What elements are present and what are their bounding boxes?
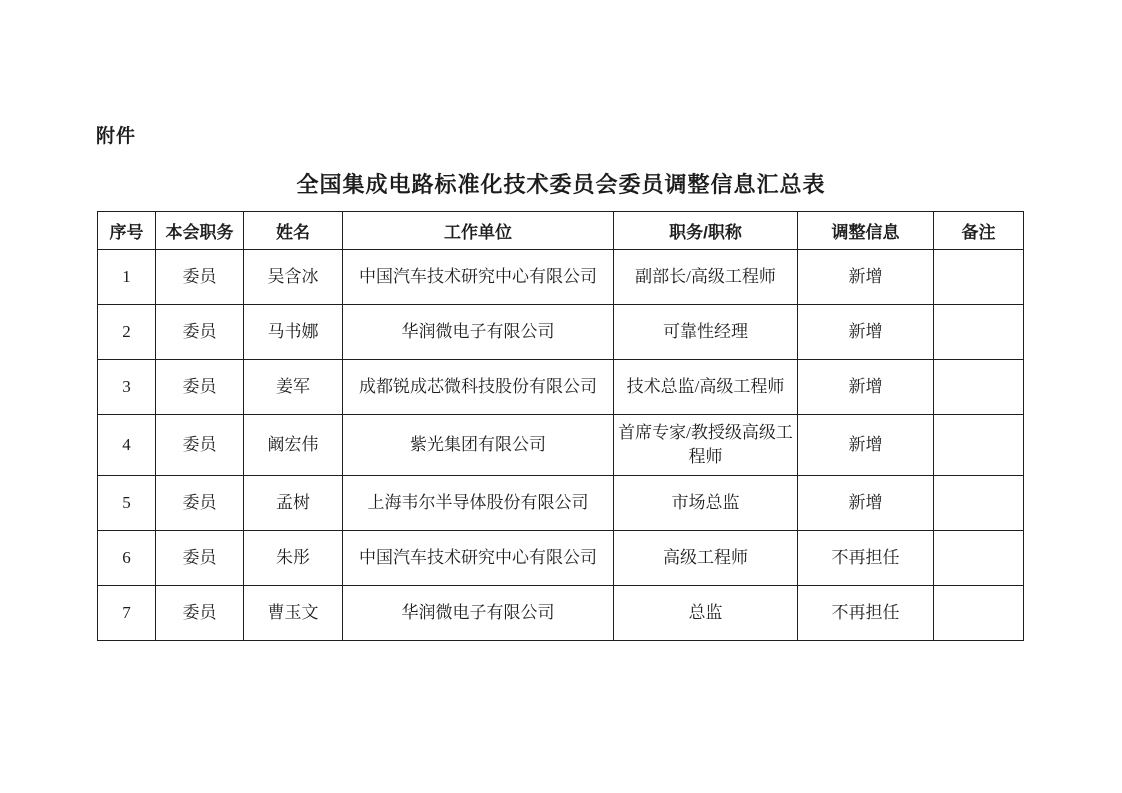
cell-remark [934,586,1024,641]
cell-no: 1 [98,250,156,305]
cell-org: 中国汽车技术研究中心有限公司 [343,250,614,305]
cell-adjustment: 不再担任 [798,586,934,641]
cell-name: 孟树 [244,476,343,531]
cell-remark [934,415,1024,476]
cell-role: 委员 [156,531,244,586]
column-header-org: 工作单位 [343,212,614,250]
cell-no: 2 [98,305,156,360]
cell-role: 委员 [156,586,244,641]
table-row: 4 委员 阚宏伟 紫光集团有限公司 首席专家/教授级高级工程师 新增 [98,415,1024,476]
cell-role: 委员 [156,415,244,476]
table-row: 7 委员 曹玉文 华润微电子有限公司 总监 不再担任 [98,586,1024,641]
cell-org: 成都锐成芯微科技股份有限公司 [343,360,614,415]
cell-role: 委员 [156,360,244,415]
column-header-no: 序号 [98,212,156,250]
column-header-title: 职务/职称 [614,212,798,250]
table-row: 1 委员 吴含冰 中国汽车技术研究中心有限公司 副部长/高级工程师 新增 [98,250,1024,305]
cell-adjustment: 不再担任 [798,531,934,586]
cell-name: 曹玉文 [244,586,343,641]
adjustment-table: 序号 本会职务 姓名 工作单位 职务/职称 调整信息 备注 1 委员 吴含冰 中… [97,211,1024,641]
cell-remark [934,531,1024,586]
cell-no: 4 [98,415,156,476]
cell-remark [934,305,1024,360]
cell-no: 3 [98,360,156,415]
cell-org: 华润微电子有限公司 [343,305,614,360]
cell-role: 委员 [156,476,244,531]
cell-remark [934,360,1024,415]
table-row: 5 委员 孟树 上海韦尔半导体股份有限公司 市场总监 新增 [98,476,1024,531]
cell-no: 6 [98,531,156,586]
cell-title: 可靠性经理 [614,305,798,360]
cell-remark [934,250,1024,305]
cell-name: 姜军 [244,360,343,415]
cell-org: 紫光集团有限公司 [343,415,614,476]
cell-name: 马书娜 [244,305,343,360]
table-header-row: 序号 本会职务 姓名 工作单位 职务/职称 调整信息 备注 [98,212,1024,250]
cell-adjustment: 新增 [798,476,934,531]
document-page: 附件 全国集成电路标准化技术委员会委员调整信息汇总表 序号 本会职务 姓名 工作… [0,0,1122,793]
cell-org: 上海韦尔半导体股份有限公司 [343,476,614,531]
cell-title: 副部长/高级工程师 [614,250,798,305]
document-title: 全国集成电路标准化技术委员会委员调整信息汇总表 [0,168,1122,199]
cell-adjustment: 新增 [798,360,934,415]
column-header-adjustment: 调整信息 [798,212,934,250]
cell-title: 市场总监 [614,476,798,531]
cell-name: 朱彤 [244,531,343,586]
cell-no: 5 [98,476,156,531]
cell-adjustment: 新增 [798,305,934,360]
column-header-name: 姓名 [244,212,343,250]
cell-org: 中国汽车技术研究中心有限公司 [343,531,614,586]
cell-no: 7 [98,586,156,641]
cell-name: 吴含冰 [244,250,343,305]
cell-title: 技术总监/高级工程师 [614,360,798,415]
cell-role: 委员 [156,305,244,360]
cell-title: 首席专家/教授级高级工程师 [614,415,798,476]
cell-adjustment: 新增 [798,415,934,476]
cell-title: 总监 [614,586,798,641]
cell-name: 阚宏伟 [244,415,343,476]
column-header-remark: 备注 [934,212,1024,250]
cell-adjustment: 新增 [798,250,934,305]
cell-remark [934,476,1024,531]
table-row: 3 委员 姜军 成都锐成芯微科技股份有限公司 技术总监/高级工程师 新增 [98,360,1024,415]
cell-org: 华润微电子有限公司 [343,586,614,641]
cell-title: 高级工程师 [614,531,798,586]
table-row: 6 委员 朱彤 中国汽车技术研究中心有限公司 高级工程师 不再担任 [98,531,1024,586]
column-header-role: 本会职务 [156,212,244,250]
cell-role: 委员 [156,250,244,305]
attachment-label: 附件 [96,121,136,148]
table-row: 2 委员 马书娜 华润微电子有限公司 可靠性经理 新增 [98,305,1024,360]
